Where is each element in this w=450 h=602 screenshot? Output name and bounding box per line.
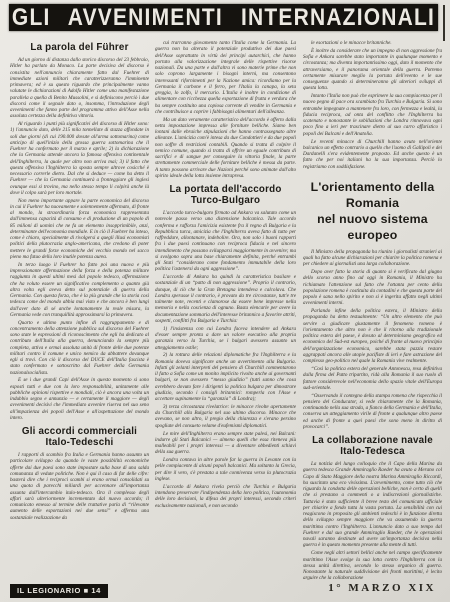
paragraph: le esortazioni o le minacce britanniche. <box>303 40 442 46</box>
section-heading-collaborazione-navale: La collaborazione navale Italo-Tedesca <box>303 435 442 457</box>
paragraph: 2) la rottura delle relazioni diplomatic… <box>155 352 296 402</box>
banner-right-rule <box>443 5 445 41</box>
section-heading-orientamento-romania: L'orientamento della Romania nel nuovo s… <box>303 179 442 243</box>
paragraph: “Così la politica estera del generale An… <box>303 366 442 391</box>
paragraph: Le mire dell'Inghilterra erano sempre st… <box>155 431 296 456</box>
issue-date: 1° MARZO XIX <box>328 582 436 594</box>
paragraph: L'accordo di Ankara ha quindi la caratte… <box>155 274 296 324</box>
paragraph: L'accordo turco-bulgaro firmato ad Ankar… <box>155 210 296 273</box>
paragraph: La notizia del lungo colloquio che il Ca… <box>303 461 442 549</box>
paragraph: L'accordo di Ankara rivela perciò che Tu… <box>155 484 296 509</box>
section-heading-accordo-turco-bulgaro: La portata dell'accordo Turco-Bulgaro <box>155 184 296 206</box>
paragraph: cui trarranno giovamento tanto l'Italia … <box>155 40 296 115</box>
article-column-right: le esortazioni o le minacce britanniche.… <box>303 40 442 580</box>
section-heading-accordi-commerciali: Gli accordi commerciali Italo-Tedeschi <box>10 426 149 448</box>
paragraph: Il Ministro della propaganda ha riunito … <box>303 249 442 268</box>
paragraph: Londra contava in altre parole far la gu… <box>155 457 296 482</box>
paragraph: “Osservando il contegno della stampa rom… <box>303 393 442 431</box>
paragraph: Le recenti minacce di Churchill hanno av… <box>303 139 442 170</box>
heading-line-1: L'orientamento della Romania <box>311 180 435 210</box>
section-heading-parola-del-fuhrer: La parola del Führer <box>10 42 149 53</box>
paragraph: Come negli altri settori bellici anche n… <box>303 550 442 580</box>
paragraph: Dopo aver fatto la storia di quanto si è… <box>303 269 442 307</box>
paragraph: Parlando infine della politica estera, i… <box>303 308 442 364</box>
paragraph: Al riguardo i punti più significativi de… <box>10 121 149 196</box>
paragraph: In terzo luogo il Fuehrer ha fatto poi u… <box>10 262 149 318</box>
page-title: GLI AVVENIMENTI INTERNAZIONALI <box>12 4 435 32</box>
article-column-center: cui trarranno giovamento tanto l'Italia … <box>155 40 296 574</box>
paragraph: Ma un dato veramente caratteristico dell… <box>155 117 296 180</box>
publication-name-plate: IL LEGIONARIO ■ 14 <box>10 584 108 598</box>
paragraph: Non meno importante appare la parte econ… <box>10 198 149 261</box>
paragraph: E se i due grandi Capi dell'Asse in ques… <box>10 377 149 421</box>
paragraph: 1) l'insistenza con cui Londra faceva in… <box>155 326 296 351</box>
masthead-banner: GLI AVVENIMENTI INTERNAZIONALI <box>9 4 438 31</box>
paragraph: È inoltre da considerare che un impegno … <box>303 48 442 92</box>
paragraph: 3) terza circostanza rivelatrice: le min… <box>155 404 296 429</box>
paragraph: I rapporti di scambio fra Italia e Germa… <box>10 452 149 521</box>
paragraph: Intanto l'Italia non può che esprimere l… <box>303 93 442 137</box>
paragraph: Quarto e ultimo punto infine di raggrupp… <box>10 320 149 376</box>
magazine-page: GLI AVVENIMENTI INTERNAZIONALI La parola… <box>0 0 450 602</box>
paragraph: Ad un giorno di distanza dallo storico d… <box>10 57 149 120</box>
heading-line-2: nel nuovo sistema europeo <box>317 212 428 242</box>
article-column-left: La parola del Führer Ad un giorno di dis… <box>10 40 149 581</box>
